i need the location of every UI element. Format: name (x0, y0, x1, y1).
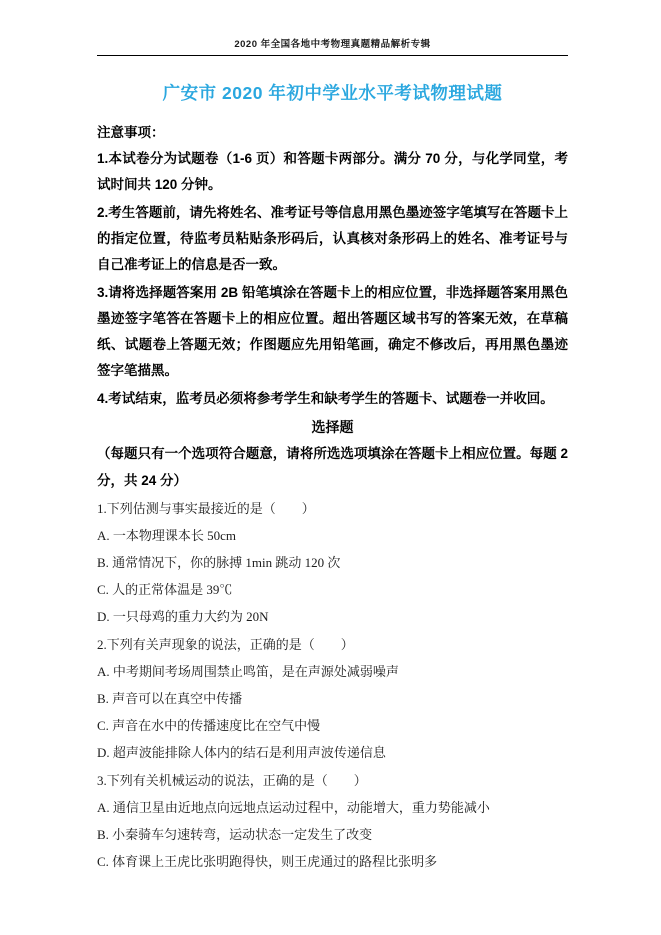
document-title: 广安市 2020 年初中学业水平考试物理试题 (97, 80, 568, 105)
question-option: C. 声音在水中的传播速度比在空气中慢 (97, 712, 568, 739)
question-option: A. 一本物理课本长 50cm (97, 522, 568, 549)
notice-heading: 注意事项： (97, 120, 568, 146)
notice-item-4: 4.考试结束，监考员必须将参考学生和缺考学生的答题卡、试题卷一并收回。 (97, 386, 568, 412)
notice-section: 注意事项： 1.本试卷分为试题卷（1-6 页）和答题卡两部分。满分 70 分，与… (97, 120, 568, 412)
document-page: 2020 年全国各地中考物理真题精品解析专辑 广安市 2020 年初中学业水平考… (0, 0, 661, 935)
question-stem: 1.下列估测与事实最接近的是（ ） (97, 495, 568, 522)
question-option: C. 体育课上王虎比张明跑得快，则王虎通过的路程比张明多 (97, 848, 568, 875)
question-option: B. 通常情况下，你的脉搏 1min 跳动 120 次 (97, 549, 568, 576)
notice-item-2: 2.考生答题前，请先将姓名、准考证号等信息用黑色墨迹签字笔填写在答题卡上的指定位… (97, 200, 568, 278)
notice-item-1: 1.本试卷分为试题卷（1-6 页）和答题卡两部分。满分 70 分，与化学同堂，考… (97, 146, 568, 198)
section-heading: 选择题 (97, 414, 568, 440)
page-header: 2020 年全国各地中考物理真题精品解析专辑 (97, 36, 568, 56)
question-option: A. 通信卫星由近地点向远地点运动过程中，动能增大，重力势能减小 (97, 794, 568, 821)
question-1: 1.下列估测与事实最接近的是（ ） A. 一本物理课本长 50cm B. 通常情… (97, 495, 568, 630)
questions-section: 1.下列估测与事实最接近的是（ ） A. 一本物理课本长 50cm B. 通常情… (97, 495, 568, 875)
question-option: A. 中考期间考场周围禁止鸣笛，是在声源处减弱噪声 (97, 658, 568, 685)
question-option: D. 超声波能排除人体内的结石是利用声波传递信息 (97, 739, 568, 766)
notice-item-3: 3.请将选择题答案用 2B 铅笔填涂在答题卡上的相应位置，非选择题答案用黑色墨迹… (97, 280, 568, 384)
question-option: C. 人的正常体温是 39℃ (97, 576, 568, 603)
question-stem: 3.下列有关机械运动的说法，正确的是（ ） (97, 767, 568, 794)
header-running-title: 2020 年全国各地中考物理真题精品解析专辑 (97, 36, 568, 55)
section-instructions: （每题只有一个选项符合题意，请将所选选项填涂在答题卡上相应位置。每题 2 分，共… (97, 440, 568, 494)
header-divider (97, 55, 568, 56)
question-option: D. 一只母鸡的重力大约为 20N (97, 603, 568, 630)
question-3: 3.下列有关机械运动的说法，正确的是（ ） A. 通信卫星由近地点向远地点运动过… (97, 767, 568, 875)
question-option: B. 声音可以在真空中传播 (97, 685, 568, 712)
question-stem: 2.下列有关声现象的说法，正确的是（ ） (97, 631, 568, 658)
question-option: B. 小秦骑车匀速转弯，运动状态一定发生了改变 (97, 821, 568, 848)
question-2: 2.下列有关声现象的说法，正确的是（ ） A. 中考期间考场周围禁止鸣笛，是在声… (97, 631, 568, 766)
